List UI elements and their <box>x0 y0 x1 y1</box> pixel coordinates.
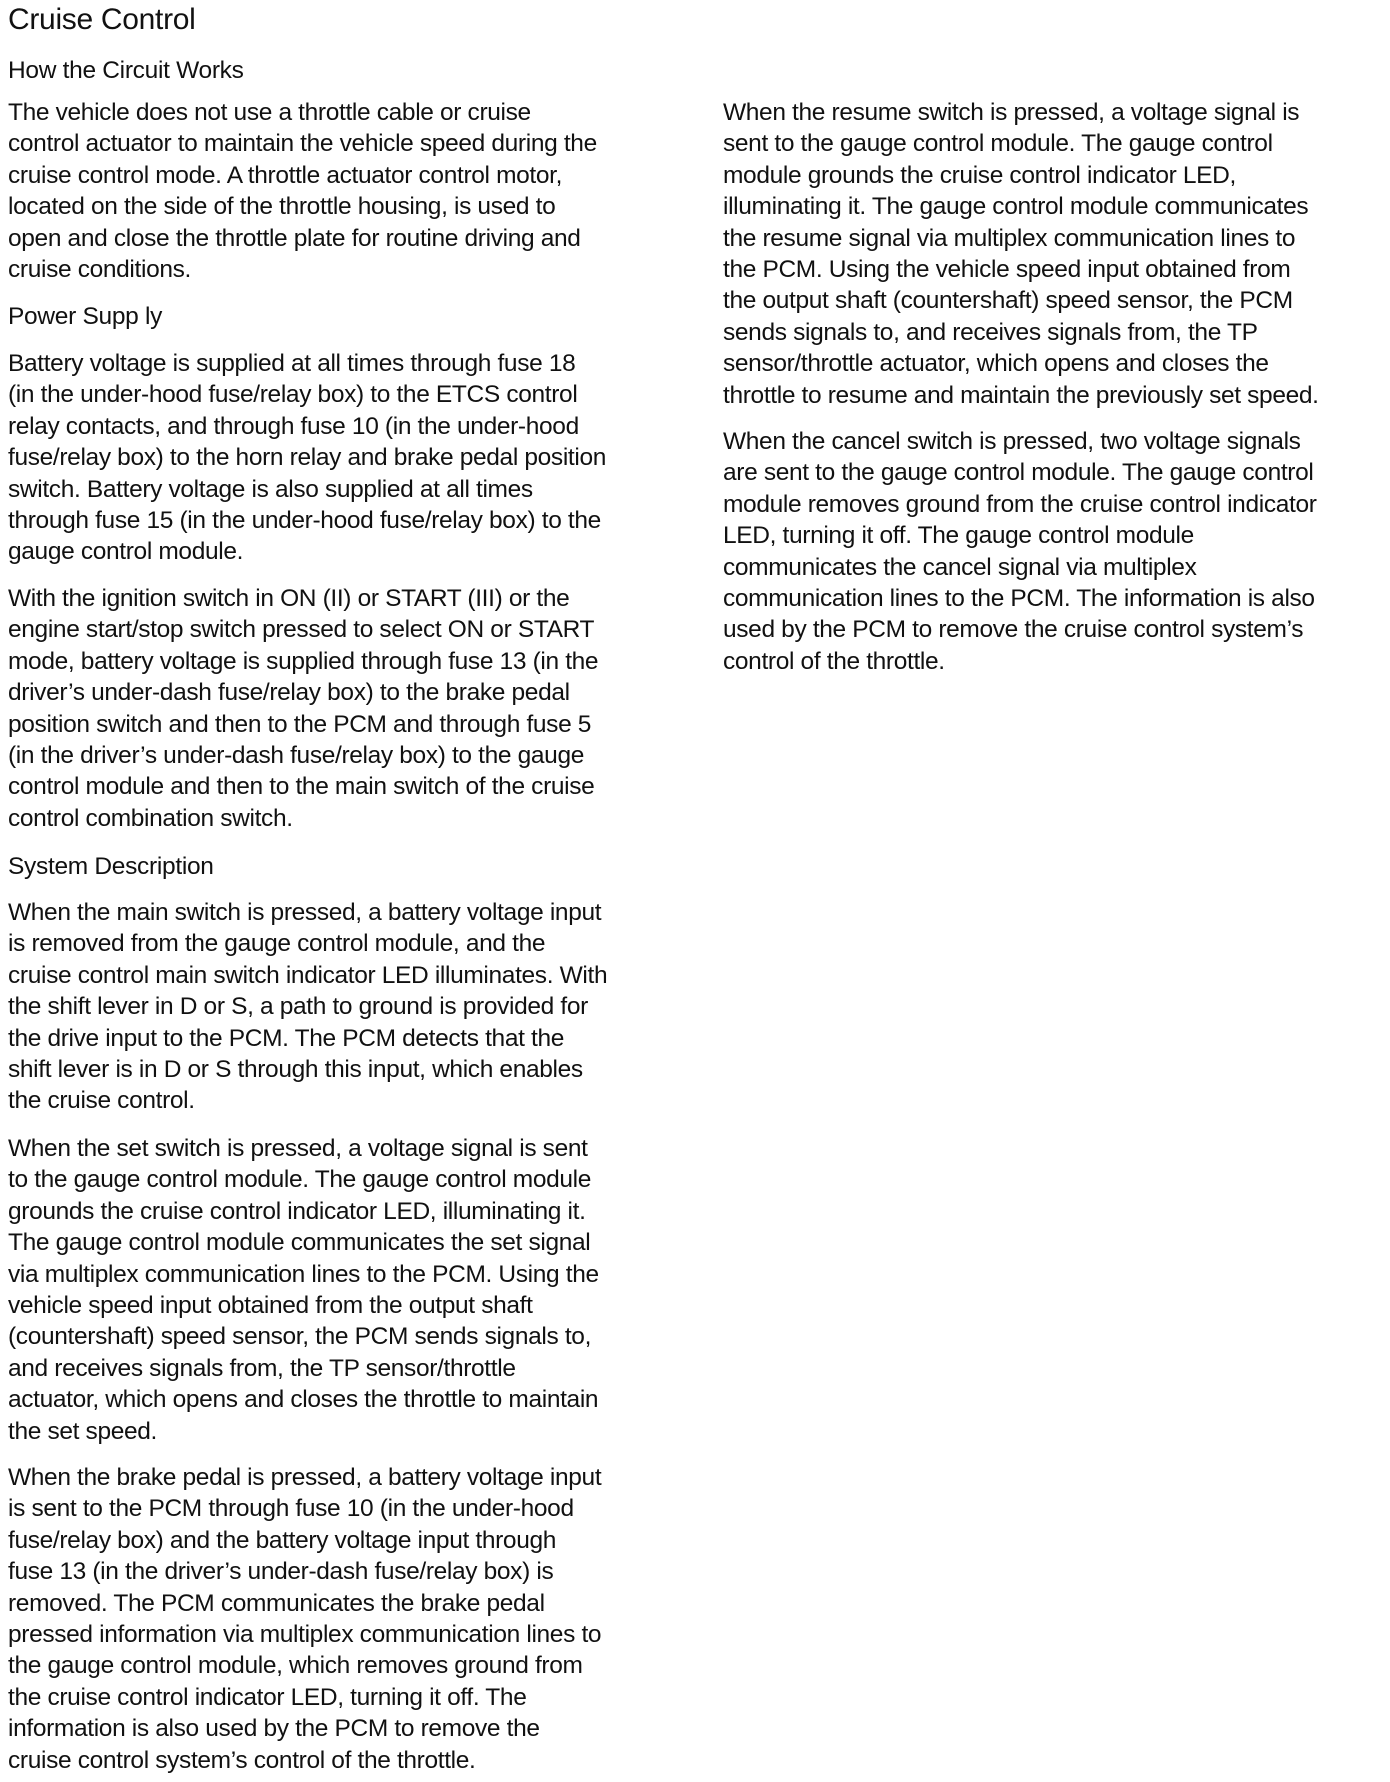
text-line: and receives signals from, the TP sensor… <box>8 1353 599 1384</box>
text-line: via multiplex communication lines to the… <box>8 1259 599 1290</box>
text-line: position switch and then to the PCM and … <box>8 709 598 740</box>
text-line: actuator, which opens and closes the thr… <box>8 1384 599 1415</box>
text-line: When the brake pedal is pressed, a batte… <box>8 1462 601 1493</box>
paragraph-intro: The vehicle does not use a throttle cabl… <box>8 97 597 285</box>
text-line: the cruise control indicator LED, turnin… <box>8 1682 601 1713</box>
text-line: control of the throttle. <box>723 646 1317 677</box>
text-line: engine start/stop switch pressed to sele… <box>8 614 598 645</box>
text-line: located on the side of the throttle hous… <box>8 191 597 222</box>
text-line: relay contacts, and through fuse 10 (in … <box>8 411 606 442</box>
text-line: communicates the cancel signal via multi… <box>723 552 1317 583</box>
paragraph-set-switch: When the set switch is pressed, a voltag… <box>8 1133 599 1447</box>
text-line: cruise control system’s control of the t… <box>8 1745 601 1776</box>
page-title: Cruise Control <box>8 2 196 38</box>
text-line: are sent to the gauge control module. Th… <box>723 457 1317 488</box>
text-line: When the main switch is pressed, a batte… <box>8 897 607 928</box>
text-line: removed. The PCM communicates the brake … <box>8 1588 601 1619</box>
text-line: used by the PCM to remove the cruise con… <box>723 614 1317 645</box>
text-line: control combination switch. <box>8 803 598 834</box>
text-line: the gauge control module, which removes … <box>8 1650 601 1681</box>
text-line: When the resume switch is pressed, a vol… <box>723 97 1319 128</box>
text-line: illuminating it. The gauge control modul… <box>723 191 1319 222</box>
text-line: switch. Battery voltage is also supplied… <box>8 474 606 505</box>
text-line: control actuator to maintain the vehicle… <box>8 128 597 159</box>
text-line: The gauge control module communicates th… <box>8 1227 599 1258</box>
text-line: throttle to resume and maintain the prev… <box>723 380 1319 411</box>
paragraph-brake-pedal: When the brake pedal is pressed, a batte… <box>8 1462 601 1776</box>
text-line: Battery voltage is supplied at all times… <box>8 348 606 379</box>
text-line: cruise control mode. A throttle actuator… <box>8 160 597 191</box>
text-line: driver’s under-dash fuse/relay box) to t… <box>8 677 598 708</box>
section-heading-system-description: System Description <box>8 851 214 882</box>
text-line: module removes ground from the cruise co… <box>723 489 1317 520</box>
text-line: sensor/throttle actuator, which opens an… <box>723 348 1319 379</box>
text-line: grounds the cruise control indicator LED… <box>8 1196 599 1227</box>
text-line: open and close the throttle plate for ro… <box>8 223 597 254</box>
text-line: (in the driver’s under-dash fuse/relay b… <box>8 740 598 771</box>
text-line: The vehicle does not use a throttle cabl… <box>8 97 597 128</box>
text-line: the drive input to the PCM. The PCM dete… <box>8 1023 607 1054</box>
paragraph-main-switch: When the main switch is pressed, a batte… <box>8 897 607 1117</box>
text-line: the resume signal via multiplex communic… <box>723 223 1319 254</box>
document-page: Cruise Control How the Circuit Works The… <box>0 0 1390 1782</box>
text-line: fuse/relay box) and the battery voltage … <box>8 1525 601 1556</box>
section-heading-how-circuit-works: How the Circuit Works <box>8 55 244 86</box>
paragraph-power-supply-2: With the ignition switch in ON (II) or S… <box>8 583 598 834</box>
text-line: cruise control main switch indicator LED… <box>8 960 607 991</box>
text-line: to the gauge control module. The gauge c… <box>8 1164 599 1195</box>
text-line: LED, turning it off. The gauge control m… <box>723 520 1317 551</box>
text-line: module grounds the cruise control indica… <box>723 160 1319 191</box>
text-line: cruise conditions. <box>8 254 597 285</box>
text-line: pressed information via multiplex commun… <box>8 1619 601 1650</box>
text-line: sent to the gauge control module. The ga… <box>723 128 1319 159</box>
text-line: sends signals to, and receives signals f… <box>723 317 1319 348</box>
text-line: is removed from the gauge control module… <box>8 928 607 959</box>
paragraph-resume-switch: When the resume switch is pressed, a vol… <box>723 97 1319 411</box>
text-line: When the cancel switch is pressed, two v… <box>723 426 1317 457</box>
text-line: information is also used by the PCM to r… <box>8 1713 601 1744</box>
text-line: shift lever is in D or S through this in… <box>8 1054 607 1085</box>
paragraph-power-supply-1: Battery voltage is supplied at all times… <box>8 348 606 568</box>
text-line: fuse 13 (in the driver’s under-dash fuse… <box>8 1556 601 1587</box>
text-line: gauge control module. <box>8 536 606 567</box>
text-line: (in the under-hood fuse/relay box) to th… <box>8 379 606 410</box>
text-line: vehicle speed input obtained from the ou… <box>8 1290 599 1321</box>
text-line: the output shaft (countershaft) speed se… <box>723 285 1319 316</box>
section-heading-power-supply: Power Supp ly <box>8 301 162 332</box>
text-line: (countershaft) speed sensor, the PCM sen… <box>8 1321 599 1352</box>
text-line: fuse/relay box) to the horn relay and br… <box>8 442 606 473</box>
text-line: is sent to the PCM through fuse 10 (in t… <box>8 1493 601 1524</box>
text-line: With the ignition switch in ON (II) or S… <box>8 583 598 614</box>
text-line: communication lines to the PCM. The info… <box>723 583 1317 614</box>
text-line: the shift lever in D or S, a path to gro… <box>8 991 607 1022</box>
text-line: through fuse 15 (in the under-hood fuse/… <box>8 505 606 536</box>
text-line: mode, battery voltage is supplied throug… <box>8 646 598 677</box>
text-line: control module and then to the main swit… <box>8 771 598 802</box>
text-line: the PCM. Using the vehicle speed input o… <box>723 254 1319 285</box>
text-line: When the set switch is pressed, a voltag… <box>8 1133 599 1164</box>
paragraph-cancel-switch: When the cancel switch is pressed, two v… <box>723 426 1317 677</box>
text-line: the set speed. <box>8 1416 599 1447</box>
text-line: the cruise control. <box>8 1085 607 1116</box>
